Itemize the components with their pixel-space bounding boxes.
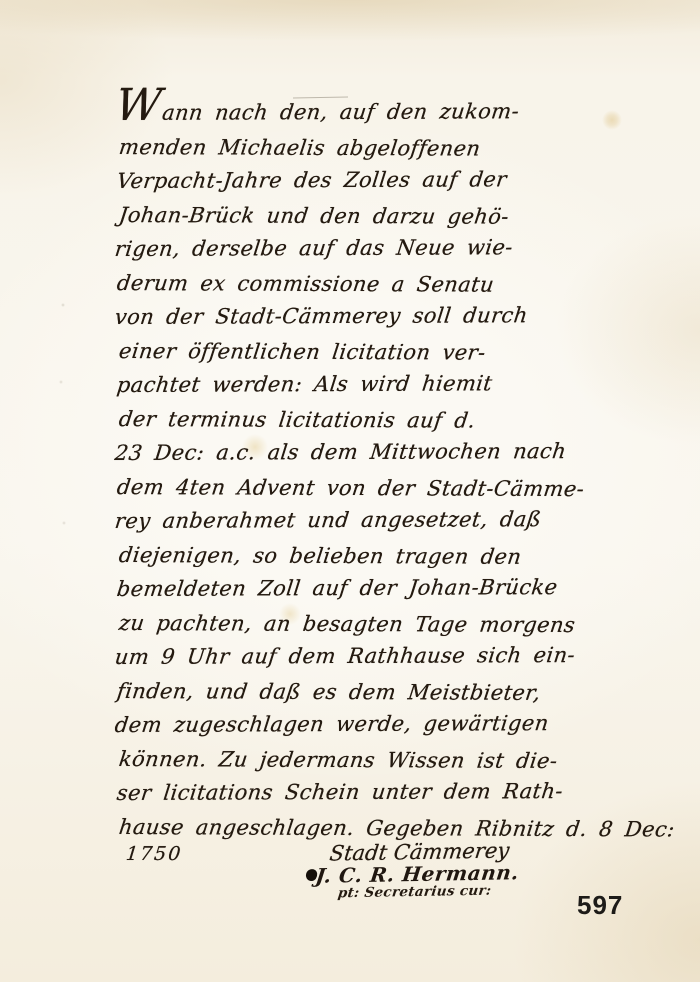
manuscript-line: dem zugeschlagen werde, gewärtigen [113, 706, 592, 742]
signature-title: pt: Secretarius cur: [337, 883, 492, 902]
manuscript-line: Wann nach den, auf den zukom- [113, 94, 592, 130]
manuscript-line: dem 4ten Advent von der Stadt-Cämme- [115, 470, 592, 506]
manuscript-line: derum ex commissione a Senatu [115, 266, 592, 302]
manuscript-line: pachtet werden: Als wird hiemit [115, 366, 592, 402]
manuscript-line: zu pachten, an besagten Tage morgens [117, 606, 592, 642]
manuscript-line: einer öffentlichen licitation ver- [117, 334, 592, 370]
date-year: 1750 [125, 843, 184, 865]
manuscript-line: von der Stadt-Cämmerey soll durch [113, 298, 592, 334]
handwritten-text-block: Wann nach den, auf den zukom- menden Mic… [113, 96, 588, 844]
manuscript-line: menden Michaelis abgeloffenen [117, 130, 592, 166]
manuscript-line: 23 Dec: a.c. als dem Mittwochen nach [113, 434, 592, 470]
manuscript-line: können. Zu jedermans Wissen ist die- [117, 742, 592, 778]
manuscript-line: Johan-Brück und den darzu gehö- [117, 198, 592, 234]
manuscript-line: der terminus licitationis auf d. [117, 402, 592, 438]
manuscript-line: um 9 Uhr auf dem Rathhause sich ein- [113, 638, 592, 674]
manuscript-line: bemeldeten Zoll auf der Johan-Brücke [115, 570, 592, 606]
manuscript-page: Wann nach den, auf den zukom- menden Mic… [0, 0, 700, 982]
manuscript-line: ser licitations Schein unter dem Rath- [115, 774, 592, 810]
manuscript-line: finden, und daß es dem Meistbieter, [115, 674, 592, 710]
manuscript-line: diejenigen, so belieben tragen den [117, 538, 592, 574]
manuscript-line: Verpacht-Jahre des Zolles auf der [115, 162, 592, 198]
manuscript-line: rey anberahmet und angesetzet, daß [113, 502, 592, 538]
manuscript-line: rigen, derselbe auf das Neue wie- [113, 230, 592, 266]
page-number: 597 [577, 890, 623, 921]
